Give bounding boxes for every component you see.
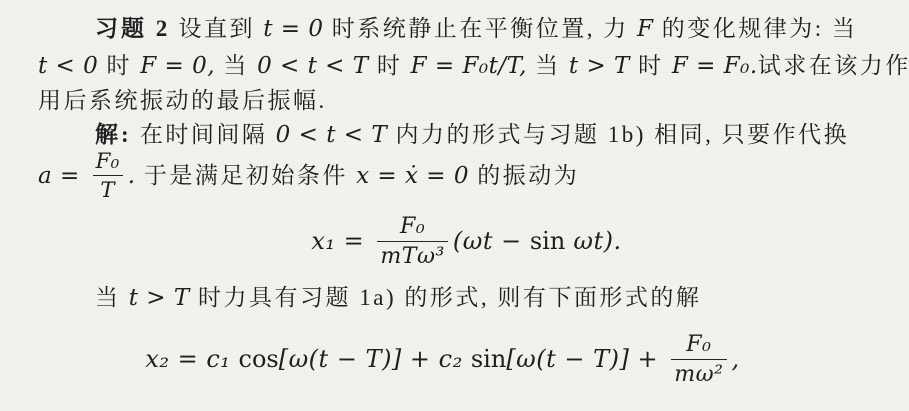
- fraction-bar: [377, 241, 448, 242]
- math-segment: 0 < t < T: [276, 122, 388, 148]
- math-segment: x₂ = c₁: [145, 345, 238, 373]
- math-segment: x = ẋ = 0: [356, 163, 469, 189]
- text-segment: 当: [527, 53, 569, 78]
- equation-x2: x₂ = c₁ cos[ω(t − T)] + c₂ sin[ω(t − T)]…: [0, 330, 897, 389]
- fraction-numerator: F₀: [397, 214, 428, 239]
- problem-statement-line-1: 习题 2 设直到 t = 0 时系统静止在平衡位置, 力 F 的变化规律为: 当: [38, 14, 879, 44]
- text-segment: 时: [369, 53, 411, 78]
- text-segment: 的变化规律为: 当: [654, 16, 858, 41]
- math-segment: t > T: [129, 285, 190, 311]
- problem-statement-line-2: t < 0 时 F = 0, 当 0 < t < T 时 F = F₀t/T, …: [38, 51, 879, 81]
- fraction: F₀mTω³: [377, 214, 448, 270]
- math-segment: [ω(t − T)] +: [506, 345, 666, 373]
- text-segment: 时: [630, 53, 672, 78]
- fraction-numerator: F₀: [683, 332, 714, 357]
- text-segment: 当: [215, 53, 257, 78]
- text-segment: 时系统静止在平衡位置, 力: [324, 16, 638, 41]
- math-segment: t < 0: [38, 53, 98, 79]
- text-segment: 内力的形式与习题 1b) 相同, 只要作代换: [387, 122, 849, 147]
- problem-statement-line-3: 用后系统振动的最后振幅.: [38, 86, 879, 116]
- math-segment: .: [128, 163, 136, 189]
- math-segment: F = F₀.: [672, 53, 758, 79]
- fraction-denominator: mω²: [671, 362, 726, 387]
- fraction-bar: [93, 175, 123, 176]
- math-segment: t = 0: [263, 16, 323, 42]
- scanned-textbook-page: 习题 2 设直到 t = 0 时系统静止在平衡位置, 力 F 的变化规律为: 当…: [0, 0, 909, 411]
- fraction-denominator: T: [97, 178, 118, 202]
- solution-line-1: 解: 在时间间隔 0 < t < T 内力的形式与习题 1b) 相同, 只要作代…: [38, 120, 879, 150]
- math-segment: F: [637, 16, 653, 42]
- text-segment: 解:: [95, 122, 132, 147]
- math-segment: ωt).: [565, 227, 621, 255]
- fraction-denominator: mTω³: [377, 244, 448, 269]
- math-segment: a =: [38, 163, 88, 189]
- math-segment: 0 < t < T: [257, 53, 369, 79]
- solution-line-3: 当 t > T 时力具有习题 1a) 的形式, 则有下面形式的解: [38, 283, 879, 313]
- text-segment: 设直到: [170, 16, 263, 41]
- math-segment: ,: [732, 345, 740, 373]
- fraction: F₀T: [93, 149, 123, 203]
- math-segment: sin: [471, 345, 506, 373]
- fraction-bar: [671, 359, 726, 360]
- math-segment: x₁ =: [311, 227, 372, 255]
- math-segment: [ω(t − T)] + c₂: [279, 345, 471, 373]
- math-segment: sin: [530, 227, 565, 255]
- math-segment: F = 0,: [140, 53, 215, 79]
- text-segment: 时: [98, 53, 140, 78]
- text-segment: 试求在该力作: [758, 53, 909, 78]
- text-segment: 用后系统振动的最后振幅.: [38, 88, 327, 113]
- text-segment: 于是满足初始条件: [136, 163, 357, 188]
- fraction-numerator: F₀: [93, 149, 123, 173]
- text-segment: 习题 2: [95, 16, 170, 41]
- math-segment: F = F₀t/T,: [411, 53, 527, 79]
- fraction: F₀mω²: [671, 332, 726, 388]
- solution-line-2: a = F₀T. 于是满足初始条件 x = ẋ = 0 的振动为: [38, 147, 879, 205]
- text-segment: 时力具有习题 1a) 的形式, 则有下面形式的解: [190, 285, 702, 310]
- text-segment: 在时间间隔: [132, 122, 276, 147]
- text-segment: 当: [95, 285, 129, 310]
- equation-x1: x₁ = F₀mTω³(ωt − sin ωt).: [12, 212, 909, 271]
- math-segment: t > T: [569, 53, 630, 79]
- text-segment: 的振动为: [469, 163, 579, 188]
- math-segment: (ωt −: [453, 227, 530, 255]
- math-segment: cos: [239, 345, 279, 373]
